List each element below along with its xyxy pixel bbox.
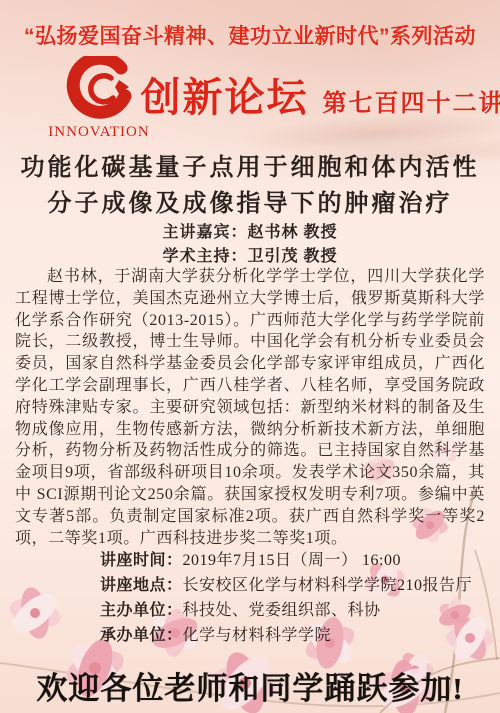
forum-session-number: 第七百四十二讲 [323,83,500,118]
info-row-undertaker: 承办单位：化学与材料科学学院 [100,623,472,648]
info-value-time: 2019年7月15日（周一） 16:00 [183,552,401,569]
info-row-organizer: 主办单位：科技处、党委组织部、科协 [100,598,472,623]
lecture-poster: “弘扬爱国奋斗精神、建功立业新时代”系列活动 INNOVATION 创新论坛 第… [0,0,500,713]
welcome-message: 欢迎各位老师和同学踊跃参加! [0,663,500,708]
innovation-logo-icon [49,56,149,122]
info-value-undertaker: 化学与材料科学学院 [183,627,332,644]
info-label-time: 讲座时间： [100,552,183,569]
info-row-location: 讲座地点：长安校区化学与材料科学学院210报告厅 [100,573,472,598]
forum-title: 创新论坛 [141,66,309,123]
info-row-time: 讲座时间：2019年7月15日（周一） 16:00 [100,548,472,573]
lecture-title-line1: 功能化碳基量子点用于细胞和体内活性 [0,150,500,186]
lecture-title: 功能化碳基量子点用于细胞和体内活性 分子成像及成像指导下的肿瘤治疗 [0,150,500,222]
host-name: 卫引茂 教授 [248,248,338,265]
speaker-line: 主讲嘉宾：赵书林 教授 [162,221,337,245]
speaker-name: 赵书林 教授 [248,224,338,241]
lecture-title-line2: 分子成像及成像指导下的肿瘤治疗 [0,186,500,222]
info-value-location: 长安校区化学与材料科学学院210报告厅 [183,577,473,594]
info-label-undertaker: 承办单位： [100,627,183,644]
info-value-organizer: 科技处、党委组织部、科协 [183,602,381,619]
forum-title-row: 创新论坛 第七百四十二讲 [150,66,495,123]
lecture-info-block: 讲座时间：2019年7月15日（周一） 16:00 讲座地点：长安校区化学与材料… [100,548,472,648]
info-label-location: 讲座地点： [100,577,183,594]
speaker-biography: 赵书林，于湖南大学获分析化学学士学位，四川大学获化学工程博士学位，美国杰克逊州立… [15,266,485,549]
innovation-logo-text: INNOVATION [44,124,154,141]
series-title: “弘扬爱国奋斗精神、建功立业新时代”系列活动 [0,20,500,50]
speaker-label: 主讲嘉宾： [162,224,247,241]
info-label-organizer: 主办单位： [100,602,183,619]
innovation-logo: INNOVATION [44,56,154,141]
speakers-block: 主讲嘉宾：赵书林 教授 学术主持：卫引茂 教授 [0,221,500,269]
host-label: 学术主持： [162,248,247,265]
